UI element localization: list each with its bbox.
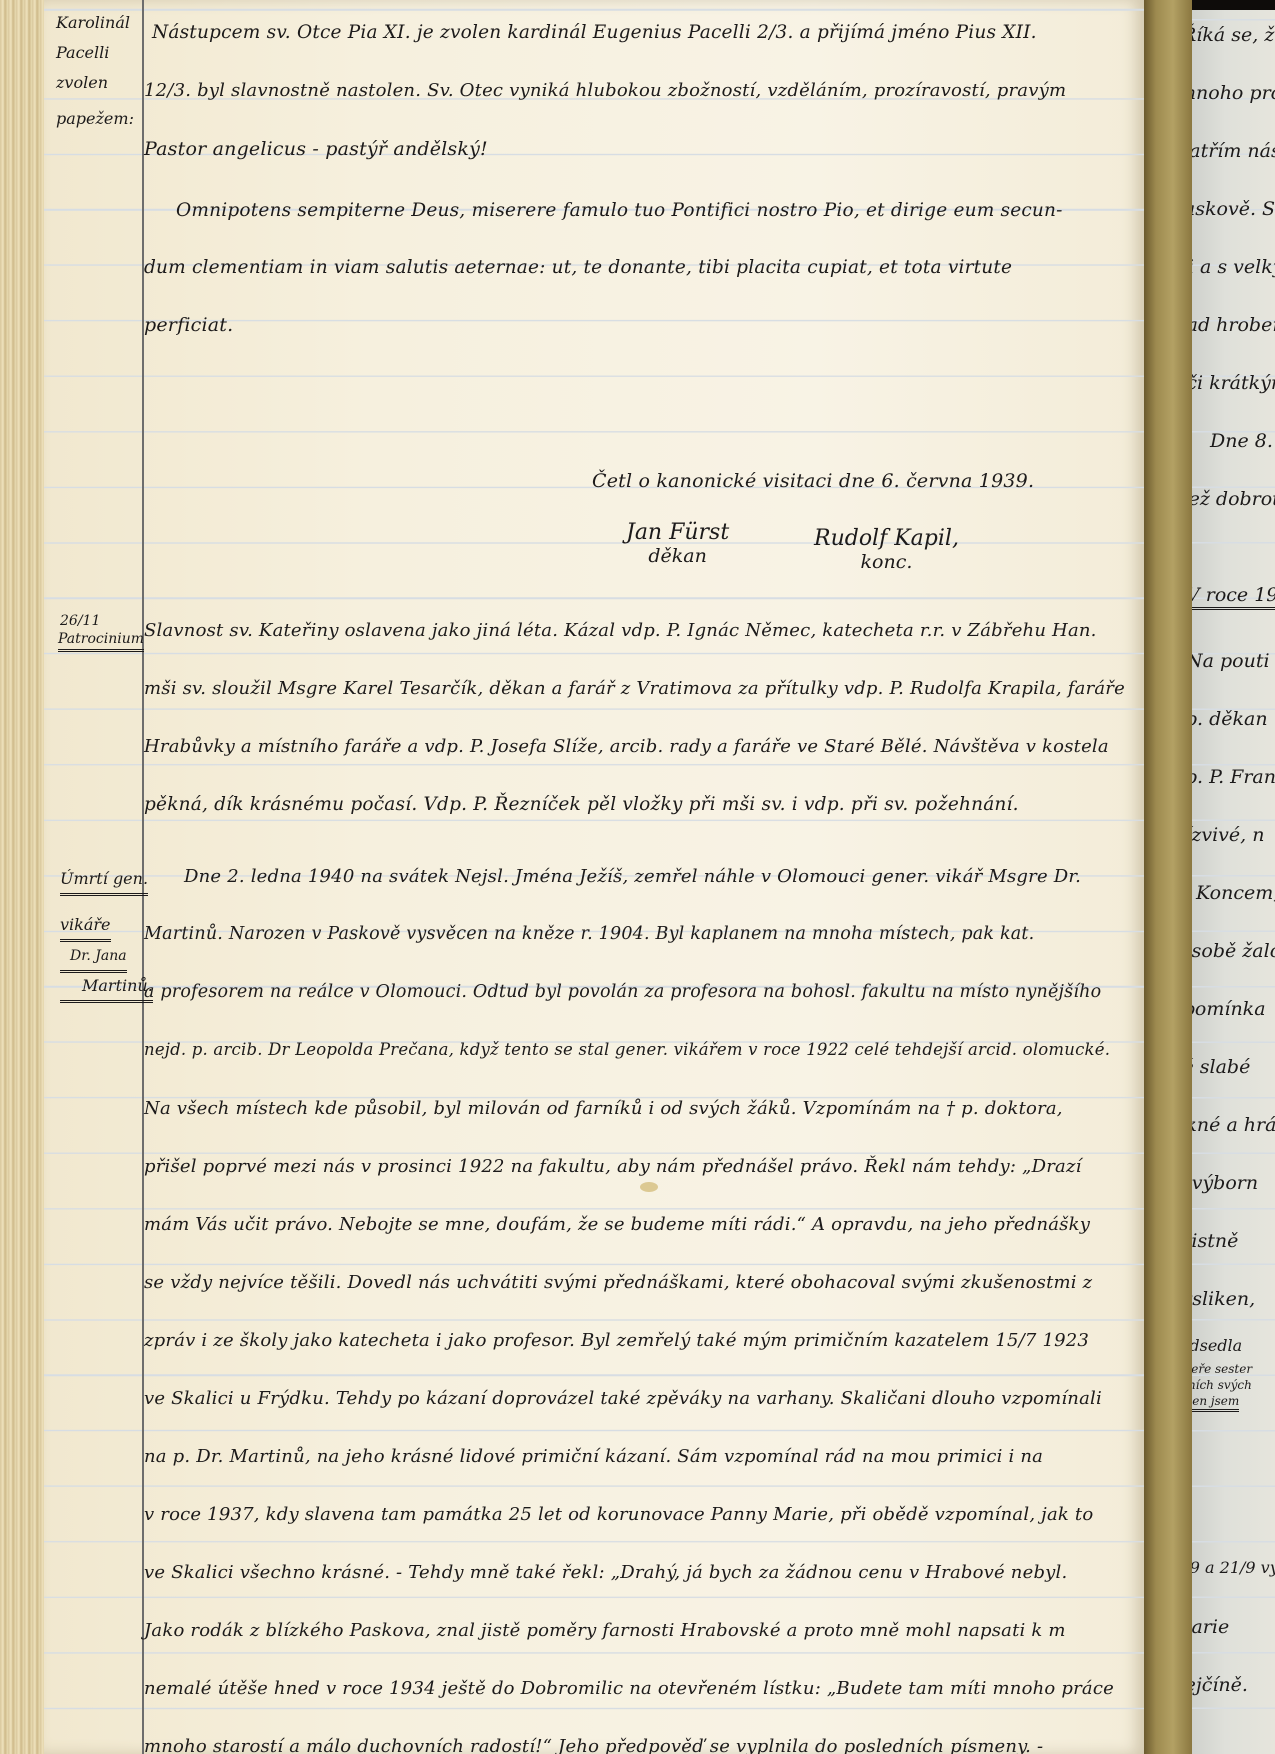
fragment-line: Marie <box>1192 1616 1229 1638</box>
prayer-line: perficiat. <box>144 314 233 336</box>
margin-note-line: Martinů. <box>60 973 153 1003</box>
text-line: na p. Dr. Martinů, na jeho krásné lidové… <box>144 1446 1043 1467</box>
margin-note-date: 26/11 <box>58 612 144 630</box>
fragment-line: Dne 8. ún <box>1210 430 1275 452</box>
margin-note-death-vicar: Úmrtí gen. vikáře Dr. Jana Martinů. <box>60 866 153 1003</box>
prayer-line: Omnipotens sempiterne Deus, miserere fam… <box>176 200 1063 221</box>
fragment-line: nejistně <box>1192 1230 1238 1252</box>
text-line: Jako rodák z blízkého Paskova, znal jist… <box>144 1620 1066 1641</box>
text-line: mnoho starostí a málo duchovních radostí… <box>144 1736 1043 1754</box>
fragment-line: postních svých <box>1192 1378 1252 1392</box>
signature-name: Rudolf Kapil, <box>814 526 959 551</box>
margin-note-pacelli: Karolinál Pacelli zvolen papežem: <box>56 8 134 134</box>
fragment-line: Hejčíně. <box>1192 1674 1248 1696</box>
fragment-line: Nad hrobem <box>1192 314 1275 336</box>
book-page-edges <box>0 0 45 1754</box>
adjacent-page-fragment: Říká se, že mnoho pro celé bratřím nás v… <box>1192 10 1275 1754</box>
text-line: Pastor angelicus - pastýř andělský! <box>144 138 488 160</box>
paper-stain <box>640 1182 658 1192</box>
text-line: Dne 2. ledna 1940 na svátek Nejsl. Jména… <box>184 866 1081 887</box>
fragment-line: pobílen jsem <box>1192 1394 1239 1412</box>
fragment-line: Než dobrotivý <box>1192 488 1275 510</box>
signature-title: konc. <box>814 551 959 573</box>
signature-secretary: Rudolf Kapil, konc. <box>814 526 959 573</box>
margin-note-line: zvolen <box>56 68 134 98</box>
text-line: mši sv. sloužil Msgre Karel Tesarčík, dě… <box>144 678 1125 699</box>
text-line: 12/3. byl slavnostně nastolen. Sv. Otec … <box>144 80 1066 101</box>
visitation-note: Četl o kanonické visitaci dne 6. června … <box>592 470 1034 492</box>
margin-note-line: Pacelli <box>56 38 134 68</box>
text-line: nemalé útěše hned v roce 1934 ještě do D… <box>144 1678 1114 1699</box>
text-line: Nástupcem sv. Otce Pia XI. je zvolen kar… <box>152 22 1037 43</box>
text-line: Na všech místech kde působil, byl milová… <box>144 1098 1063 1119</box>
fragment-line: bratřím nás v <box>1192 140 1275 162</box>
fragment-line: klášteře sester <box>1192 1362 1252 1376</box>
fragment-line: vzpomínka <box>1192 998 1266 1020</box>
margin-note-line: Karolinál <box>56 8 134 38</box>
fragment-line: vdp. děkan <box>1192 708 1268 730</box>
text-line: pěkná, dík krásnému počasí. Vdp. P. Řezn… <box>144 794 1019 815</box>
chronicle-page: Karolinál Pacelli zvolen papežem: 26/11 … <box>44 0 1144 1754</box>
fragment-line: přízvivé, n <box>1192 824 1264 846</box>
text-line: nejd. p. arcib. Dr Leopolda Prečana, kdy… <box>144 1040 1110 1059</box>
fragment-line: řeči krátkými <box>1192 372 1275 394</box>
fragment-line: Koncem, <box>1196 882 1275 904</box>
fragment-line: po sobě žalo <box>1192 940 1275 962</box>
fragment-line: ji a s velkým <box>1192 256 1275 278</box>
signature-name: Jan Fürst <box>626 520 729 545</box>
margin-note-line: Dr. Jana <box>60 943 127 973</box>
text-line: zpráv i ze školy jako katecheta i jako p… <box>144 1330 1089 1351</box>
fragment-line: vdp. P. Frant <box>1192 766 1275 788</box>
text-line: ve Skalici všechno krásné. - Tehdy mně t… <box>144 1562 1067 1583</box>
fragment-heading: V roce 194 <box>1192 584 1275 610</box>
fragment-line: 20/9 a 21/9 vy <box>1192 1558 1275 1577</box>
text-line: přišel poprvé mezi nás v prosinci 1922 n… <box>144 1156 1082 1177</box>
text-line: se vždy nejvíce těšili. Dovedl nás uchvá… <box>144 1272 1092 1293</box>
fragment-line: své slabé <box>1192 1056 1250 1078</box>
margin-note-line: papežem: <box>56 104 134 134</box>
text-line: a profesorem na reálce v Olomouci. Odtud… <box>144 982 1101 1002</box>
fragment-line: Paskově. Sraz- <box>1192 198 1275 220</box>
margin-note-line: Úmrtí gen. <box>60 866 148 896</box>
margin-note-line: vikáře <box>60 912 111 942</box>
fragment-line: Říká se, že <box>1192 24 1275 46</box>
text-line: Martinů. Narozen v Paskově vysvěcen na k… <box>144 924 1034 944</box>
text-line: Slavnost sv. Kateřiny oslavena jako jiná… <box>144 620 1097 641</box>
text-line: ve Skalici u Frýdku. Tehdy po kázaní dop… <box>144 1388 1102 1409</box>
fragment-line: Na pouti <box>1192 650 1270 672</box>
fragment-line: mnoho pro celé <box>1192 82 1275 104</box>
prayer-line: dum clementiam in viam salutis aeternae:… <box>144 257 1012 278</box>
fragment-line: ho výborn <box>1192 1172 1258 1194</box>
signature-title: děkan <box>626 545 729 567</box>
binding-tape <box>1144 0 1192 1754</box>
fragment-line: pěkné a hrá <box>1192 1114 1275 1136</box>
text-line: Hrabůvky a místního faráře a vdp. P. Jos… <box>144 736 1109 757</box>
text-line: mám Vás učit právo. Nebojte se mne, douf… <box>144 1214 1090 1235</box>
margin-note-line: Patrocinium <box>58 630 144 652</box>
signature-dean: Jan Fürst děkan <box>626 520 729 567</box>
text-line: v roce 1937, kdy slavena tam památka 25 … <box>144 1504 1093 1525</box>
fragment-line: předsedla <box>1192 1336 1242 1355</box>
margin-note-patrocinium: 26/11 Patrocinium <box>58 612 144 652</box>
fragment-line: Mysliken, <box>1192 1288 1255 1310</box>
